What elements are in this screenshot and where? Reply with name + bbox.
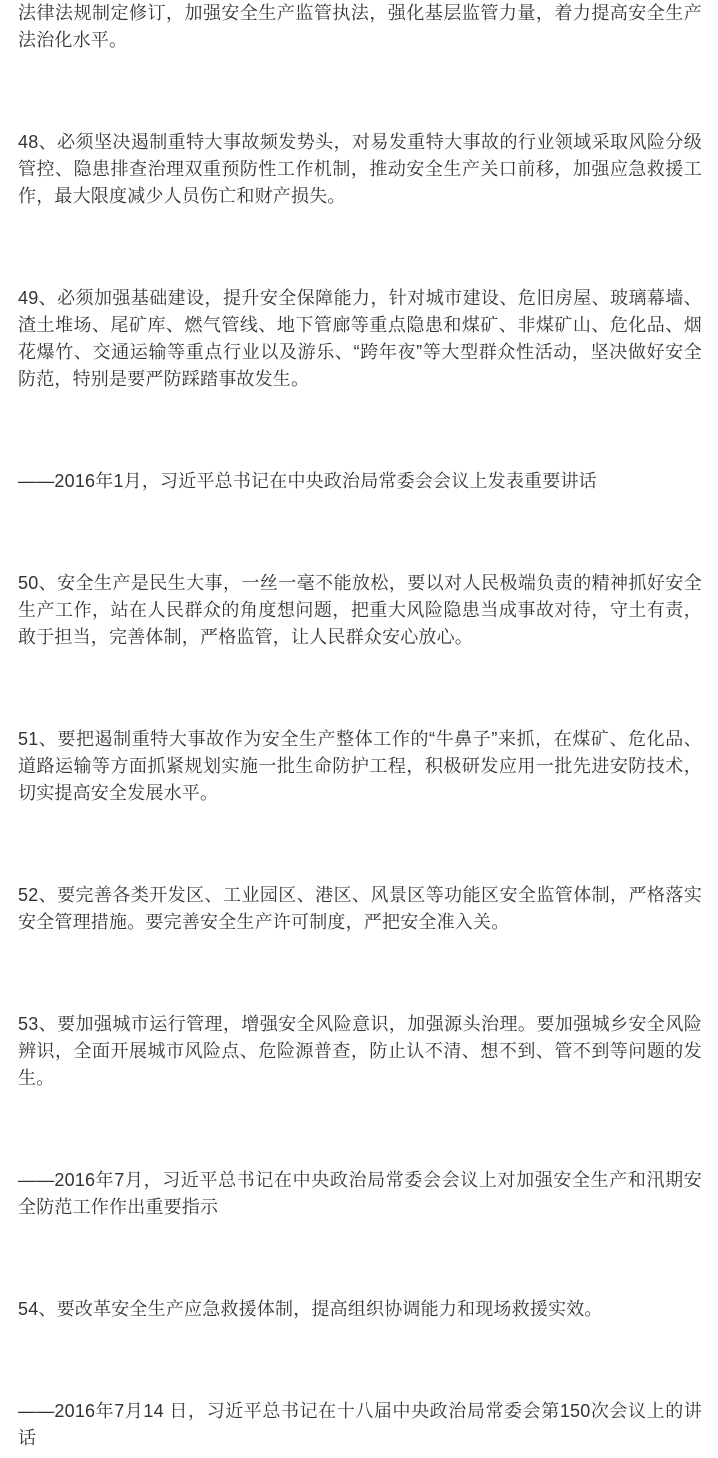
paragraph-item-52: 52、要完善各类开发区、工业园区、港区、风景区等功能区安全监管体制，严格落实安全… <box>18 882 702 936</box>
paragraph-item-51: 51、要把遏制重特大事故作为安全生产整体工作的“牛鼻子”来抓，在煤矿、危化品、道… <box>18 726 702 807</box>
paragraph-item-54: 54、要改革安全生产应急救援体制，提高组织协调能力和现场救援实效。 <box>18 1296 702 1323</box>
article-body: 法律法规制定修订，加强安全生产监管执法，强化基层监管力量，着力提高安全生产法治化… <box>0 0 718 1452</box>
attribution-2016-jul-14: ——2016年7月14 日，习近平总书记在十八届中央政治局常委会第150次会议上… <box>18 1398 702 1452</box>
paragraph-item-53: 53、要加强城市运行管理，增强安全风险意识，加强源头治理。要加强城乡安全风险辨识… <box>18 1011 702 1092</box>
attribution-2016-jul: ——2016年7月，习近平总书记在中央政治局常委会会议上对加强安全生产和汛期安全… <box>18 1167 702 1221</box>
attribution-2016-jan: ——2016年1月，习近平总书记在中央政治局常委会会议上发表重要讲话 <box>18 468 702 495</box>
paragraph-item-50: 50、安全生产是民生大事，一丝一毫不能放松，要以对人民极端负责的精神抓好安全生产… <box>18 570 702 651</box>
paragraph-continuation: 法律法规制定修订，加强安全生产监管执法，强化基层监管力量，着力提高安全生产法治化… <box>18 0 702 54</box>
paragraph-item-48: 48、必须坚决遏制重特大事故频发势头，对易发重特大事故的行业领域采取风险分级管控… <box>18 129 702 210</box>
paragraph-item-49: 49、必须加强基础建设，提升安全保障能力，针对城市建设、危旧房屋、玻璃幕墙、渣土… <box>18 285 702 393</box>
